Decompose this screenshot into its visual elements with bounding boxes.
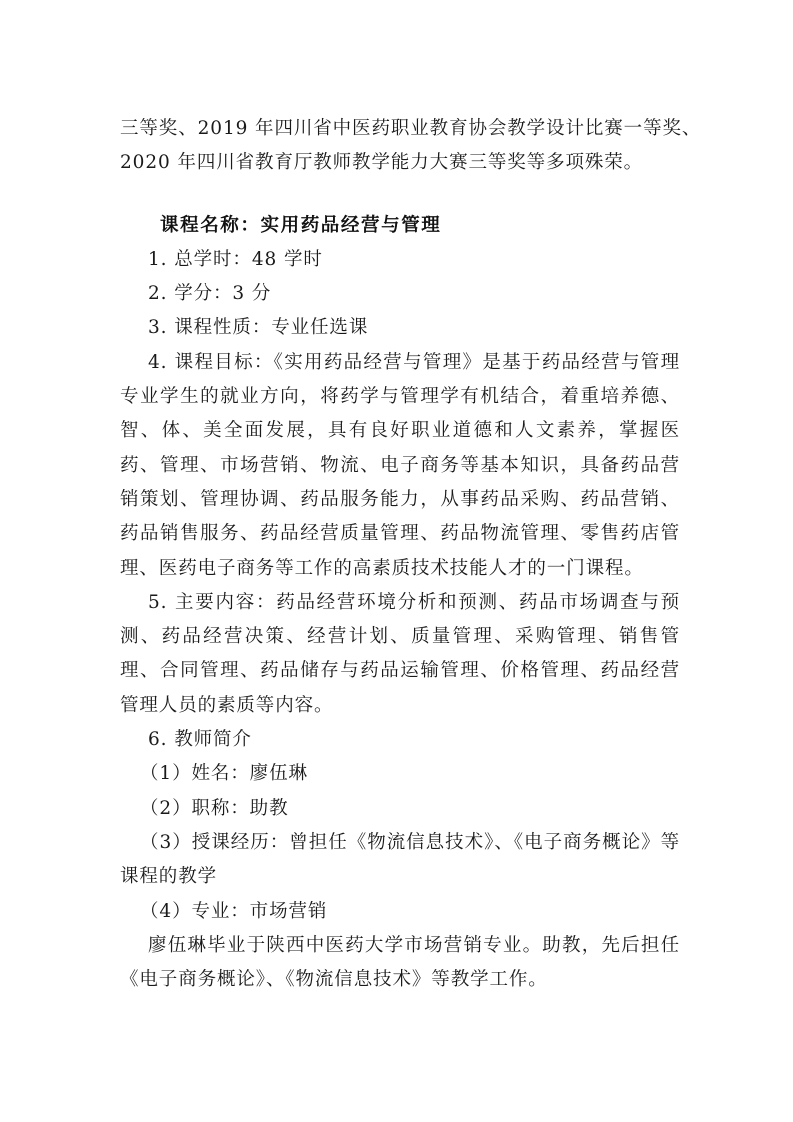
course-objective: 4. 课程目标：《实用药品经营与管理》是基于药品经营与管理专业学生的就业方向，将… (120, 346, 680, 586)
teacher-name: （1）姓名：廖伍琳 (120, 757, 680, 791)
main-content: 5. 主要内容：药品经营环境分析和预测、药品市场调查与预测、药品经营决策、经营计… (120, 586, 680, 723)
teacher-experience: （3）授课经历：曾担任《物流信息技术》、《电子商务概论》等课程的教学 (120, 826, 680, 895)
intro-line-2: 2020 年四川省教育厅教师教学能力大赛三等奖等多项殊荣。 (120, 146, 680, 180)
teacher-title: （2）职称：助教 (120, 792, 680, 826)
course-nature: 3. 课程性质：专业任选课 (120, 311, 680, 345)
teacher-major: （4）专业：市场营销 (120, 895, 680, 929)
total-hours: 1. 总学时：48 学时 (120, 243, 680, 277)
document-page: 三等奖、2019 年四川省中医药职业教育协会教学设计比赛一等奖、 2020 年四… (120, 112, 680, 997)
teacher-bio: 廖伍琳毕业于陕西中医药大学市场营销专业。助教，先后担任《电子商务概论》、《物流信… (120, 929, 680, 998)
course-heading: 课程名称：实用药品经营与管理 (120, 209, 680, 243)
intro-line-1: 三等奖、2019 年四川省中医药职业教育协会教学设计比赛一等奖、 (120, 112, 680, 146)
credits: 2. 学分：3 分 (120, 277, 680, 311)
teacher-intro-heading: 6. 教师简介 (120, 723, 680, 757)
